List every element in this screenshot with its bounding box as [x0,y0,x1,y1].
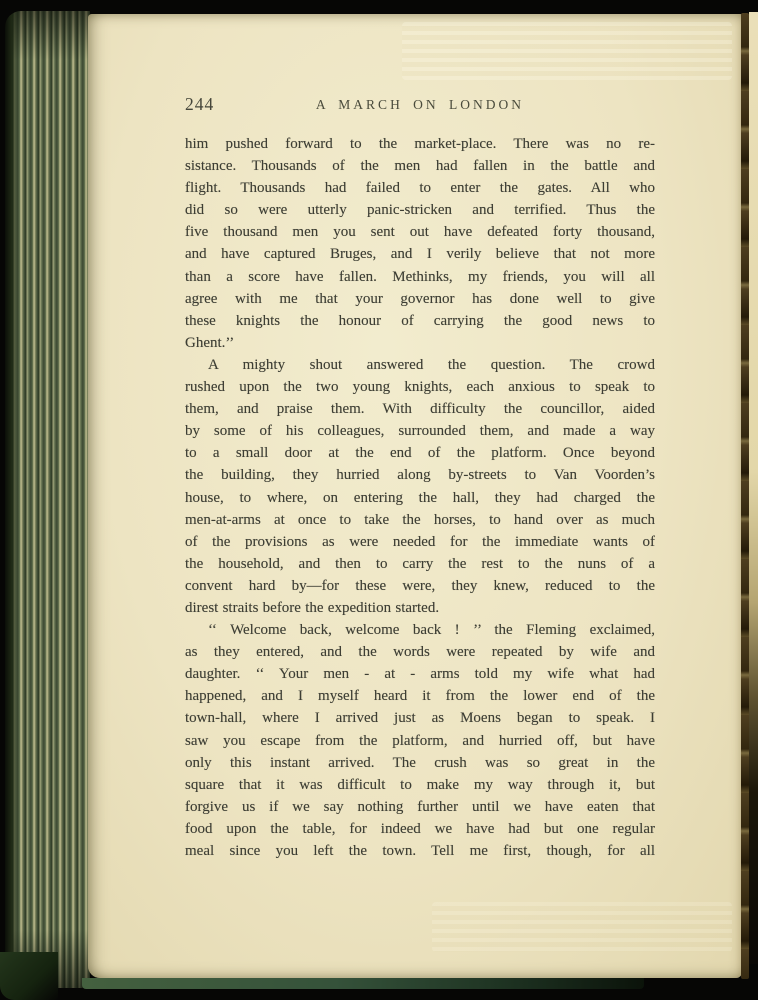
text-line: daughter. ‘‘ Your men - at - arms told m… [185,663,655,685]
book-page: 244 A MARCH ON LONDON him pushed forward… [88,14,742,978]
book-cover-corner [0,952,58,1000]
text-line: them, and praise them. With difficulty t… [185,398,655,420]
text-line: of the provisions as were needed for the… [185,531,655,553]
text-line: house, to where, on entering the hall, t… [185,487,655,509]
text-line: the household, and then to carry the res… [185,553,655,575]
text-line: happened, and I myself heard it from the… [185,685,655,707]
text-line: ‘‘ Welcome back, welcome back ! ’’ the F… [185,619,655,641]
text-line: A mighty shout answered the question. Th… [185,354,655,376]
text-line: meal since you left the town. Tell me fi… [185,840,655,862]
page-edge-sheen-top [402,22,732,80]
text-line: town-hall, where I arrived just as Moens… [185,707,655,729]
text-line: him pushed forward to the market-place. … [185,133,655,155]
text-line: sistance. Thousands of the men had falle… [185,155,655,177]
running-title: A MARCH ON LONDON [185,94,655,113]
text-line: to a small door at the end of the platfo… [185,442,655,464]
text-line: saw you escape from the platform, and hu… [185,730,655,752]
page-number: 244 [185,94,214,115]
text-line: the building, they hurried along by-stre… [185,464,655,486]
text-line: men-at-arms at once to take the horses, … [185,509,655,531]
text-line: by some of his colleagues, surrounded th… [185,420,655,442]
underlying-page-fore-edge [749,12,758,964]
text-line: Ghent.’’ [185,332,655,354]
book-scan: 244 A MARCH ON LONDON him pushed forward… [0,0,758,1000]
text-line: flight. Thousands had failed to enter th… [185,177,655,199]
text-line: only this instant arrived. The crush was… [185,752,655,774]
left-page-stack-edge [5,11,90,988]
book-block-bottom-band [82,978,644,989]
text-line: than a score have fallen. Methinks, my f… [185,266,655,288]
text-line: these knights the honour of carrying the… [185,310,655,332]
text-line: food upon the table, for indeed we have … [185,818,655,840]
page-header: 244 A MARCH ON LONDON [185,94,655,118]
text-line: rushed upon the two young knights, each … [185,376,655,398]
text-line: agree with me that your governor has don… [185,288,655,310]
text-line: forgive us if we say nothing further unt… [185,796,655,818]
page-text: him pushed forward to the market-place. … [185,133,655,862]
text-line: direst straits before the expedition sta… [185,597,655,619]
text-line: as they entered, and the words were repe… [185,641,655,663]
text-line: did so were utterly panic-stricken and t… [185,199,655,221]
text-line: square that it was difficult to make my … [185,774,655,796]
text-line: and have captured Bruges, and I verily b… [185,243,655,265]
page-fore-edge-line [741,13,749,979]
text-line: five thousand men you sent out have defe… [185,221,655,243]
page-edge-sheen-bottom [432,902,732,952]
text-line: convent hard by—for these were, they kne… [185,575,655,597]
